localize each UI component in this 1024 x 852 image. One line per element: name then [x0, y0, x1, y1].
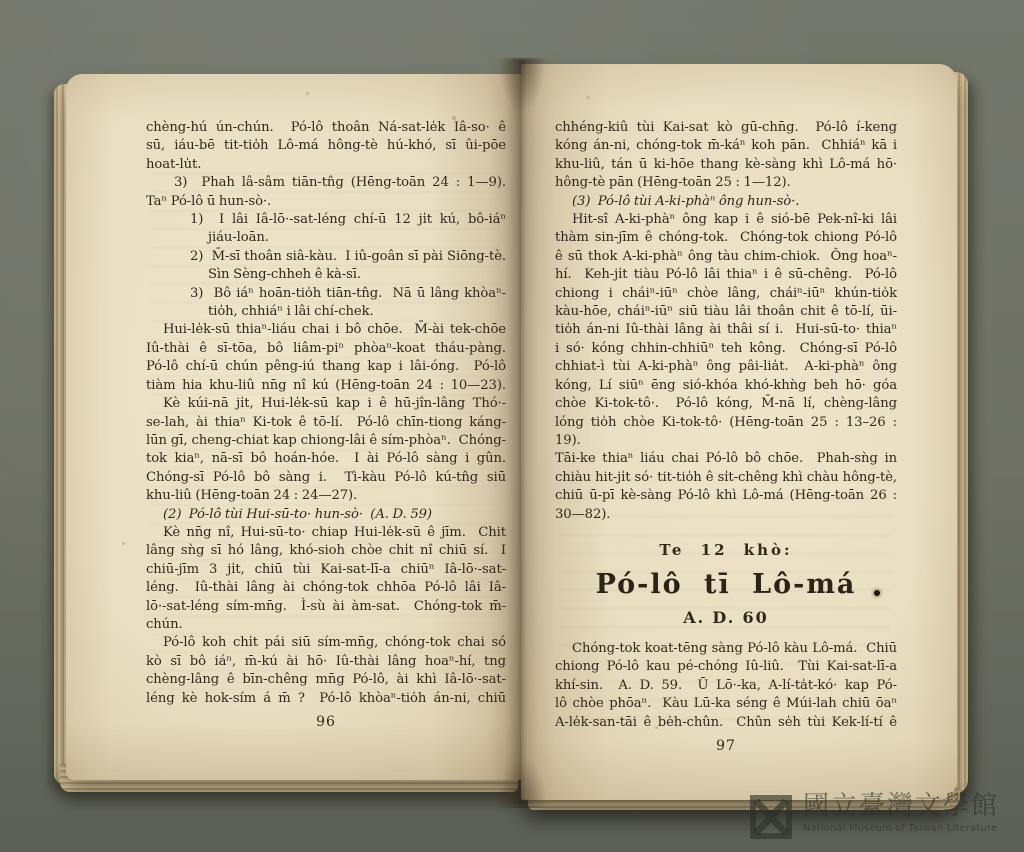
chapter-kicker: Te 12 khò: — [555, 540, 897, 560]
text-line: Pó-lô chí-ū chún pêng-iú thang kap i lâi… — [146, 358, 506, 376]
text-line: Pó-lô koh chi̍t pái siū sím-mn̄g, chóng-… — [146, 634, 506, 652]
right-page-lines-bottom: Chóng-tok koat-tēng sàng Pó-lô kàu Lô-má… — [555, 640, 897, 732]
text-line: i só· kóng chhin-chhiūⁿ teh kông. Chóng-… — [555, 340, 897, 358]
text-line: hí. Keh-ji̍t tiàu Pó-lô lâi thiaⁿ i ê sū… — [555, 266, 897, 284]
right-page-text: chhéng-kiû tùi Kai-sat kò gū-chn̄g. Pó-l… — [555, 119, 897, 755]
text-line: A-le̍k-san-tāi ê be̍h-chûn. Chûn se̍h tù… — [555, 714, 897, 732]
text-line: sū, iáu-bē tit-tio̍h Lô-má hông-tè hú-kh… — [146, 137, 506, 155]
text-line: lóng tio̍h chòe Ki-tok-tô· (Hēng-toān 25… — [555, 414, 897, 451]
text-line: tiàm hia khu-liû nn̄g nî kú (Hēng-toān 2… — [146, 377, 506, 395]
text-line: lūn gī, cheng-chiat kap chiong-lâi ê sím… — [146, 432, 506, 450]
text-line: khu-liû (Hēng-toān 24 : 24—27). — [146, 487, 506, 505]
nmtl-name-english: National Museum of Taiwan Literature — [803, 823, 999, 835]
text-line: Kè kúi-nā ji̍t, Hui-le̍k-sū kap i ê hū-j… — [146, 395, 506, 413]
left-page-text: chèng-hú ún-chún. Pó-lô thoân Ná-sat-le̍… — [146, 119, 506, 731]
text-line: 3) Bô iáⁿ hoān-tio̍h tiān-tn̂g. Nā ū lân… — [146, 285, 506, 303]
text-line: (2) Pó-lô tùi Hui-sū-to· hun-sò· (A. D. … — [146, 506, 506, 524]
text-line: Hit-sî A-ki-phàⁿ ông kap i ê sió-bē Pek-… — [555, 211, 897, 229]
text-line: Iû-thài ê sī-tōa, bô liâm-piⁿ phòaⁿ-koat… — [146, 340, 506, 358]
text-line: hoat-lu̍t. — [146, 156, 506, 174]
text-line: jiáu-loān. — [146, 229, 506, 247]
text-line: tio̍h án-ni Iû-thài lâng ài thâi sí i. H… — [555, 321, 897, 339]
text-line: chiàu hit-ji̍t só· tit-tio̍h ê si̍t-chên… — [555, 469, 897, 487]
text-line: 1) I lâi Iâ-lō·-sat-léng chí-ū 12 ji̍t k… — [146, 211, 506, 229]
text-line: Taⁿ Pó-lô ū hun-sò·. — [146, 193, 506, 211]
text-line: 30—82). — [555, 506, 897, 524]
text-line: lâng sǹg sī hó lâng, khó-sioh chòe chi̍t… — [146, 542, 506, 560]
text-line: se-lah, ài thiaⁿ Ki-tok ê tō-lí. Pó-lô c… — [146, 414, 506, 432]
text-line: Sìn Sèng-chheh ê kà-sī. — [146, 266, 506, 284]
text-line: khí-sin. A. D. 59. Ū Lō·-ka, A-lí-ta̍t-k… — [555, 677, 897, 695]
text-line: tio̍h, chhiáⁿ i lâi chí-chek. — [146, 303, 506, 321]
text-line: chèng-lâng ê bīn-chêng mn̄g Pó-lô, ài kh… — [146, 671, 506, 689]
text-line: chòe Ki-tok-tô·. Pó-lô kóng, M̄-nā lí, c… — [555, 395, 897, 413]
chapter-date: A. D. 60 — [555, 609, 897, 627]
text-line: ê sū thok A-ki-phàⁿ ông tàu chim-chiok. … — [555, 248, 897, 266]
text-line: chiū-jīm 3 ji̍t, chiū tùi Kai-sat-lī-a c… — [146, 561, 506, 579]
text-line: (3) Pó-lô tùi A-ki-phàⁿ ông hun-sò·. — [555, 193, 897, 211]
text-line: Chóng-sī Pó-lô bô sàng i. Tì-kàu Pó-lô k… — [146, 469, 506, 487]
text-line: khu-liû, tán ū ki-hōe thang kè-sàng khì … — [555, 156, 897, 174]
text-line: hông-tè pān (Hēng-toān 25 : 1—12). — [555, 174, 897, 192]
text-line: léng. Iû-thài lâng ài chóng-tok chhōa Pó… — [146, 579, 506, 597]
text-line: chiong i cháiⁿ-iūⁿ chòe lâng, cháiⁿ-iūⁿ … — [555, 285, 897, 303]
text-line: Kè nn̄g nî, Hui-sū-to· chiap Hui-le̍k-sū… — [146, 524, 506, 542]
text-line: chiong Pó-lô kau pé-chóng Iû-liû. Tùi Ka… — [555, 658, 897, 676]
chapter-title: Pó-lô tī Lô-má — [555, 568, 897, 602]
text-line: kàu-hōe, cháiⁿ-iūⁿ siū tiàu lâi thoân ch… — [555, 303, 897, 321]
text-line: chún. — [146, 616, 506, 634]
text-line: Chóng-tok koat-tēng sàng Pó-lô kàu Lô-má… — [555, 640, 897, 658]
right-page-number: 97 — [555, 737, 897, 755]
left-page-number: 96 — [146, 713, 506, 731]
text-line: chiū ū-pī kè-sàng Pó-lô khì Lô-má (Hēng-… — [555, 487, 897, 505]
left-page-lines: chèng-hú ún-chún. Pó-lô thoân Ná-sat-le̍… — [146, 119, 506, 708]
text-line: chèng-hú ún-chún. Pó-lô thoân Ná-sat-le̍… — [146, 119, 506, 137]
text-line: chhéng-kiû tùi Kai-sat kò gū-chn̄g. Pó-l… — [555, 119, 897, 137]
right-page-lines-top: chhéng-kiû tùi Kai-sat kò gū-chn̄g. Pó-l… — [555, 119, 897, 524]
text-line: Tāi-ke thiaⁿ liáu chai Pó-lô bô chōe. Ph… — [555, 450, 897, 468]
text-line: chhiat-ì tùi A-ki-phàⁿ ông pâi-lia̍t. A-… — [555, 358, 897, 376]
text-line: lō·-sat-léng sím-mn̄g. Ì-sù ài àm-sat. C… — [146, 598, 506, 616]
text-line: 3) Phah lâ-sâm tiān-tn̂g (Hēng-toān 24 :… — [146, 174, 506, 192]
text-line: tok kiaⁿ, nā-sī bô hoán-hóe. I ài Pó-lô … — [146, 450, 506, 468]
text-line: kóng án-ni, chóng-tok m̄-káⁿ koh pān. Ch… — [555, 137, 897, 155]
text-line: thàm sin-jīm ê chóng-tok. Chóng-tok chio… — [555, 229, 897, 247]
text-line: kóng, Lí siūⁿ ēng sió-khóa khó-khǹg beh … — [555, 377, 897, 395]
text-line: léng kè hok-sím á m̄ ? Pó-lô khòaⁿ-tio̍h… — [146, 690, 506, 708]
photo-open-book: { "colors":{ "background":"#6e7164", "pa… — [0, 0, 1024, 852]
text-line: 2) M̄-sī thoân siâ-kàu. I iû-goân sī pài… — [146, 248, 506, 266]
text-line: kò sī bô iáⁿ, m̄-kú ài hō· Iû-thài lâng … — [146, 653, 506, 671]
text-line: Hui-le̍k-sū thiaⁿ-liáu chai i bô chōe. M… — [146, 321, 506, 339]
text-line: lô chòe phōaⁿ. Kàu Lū-ka séng ê Múi-lah … — [555, 695, 897, 713]
